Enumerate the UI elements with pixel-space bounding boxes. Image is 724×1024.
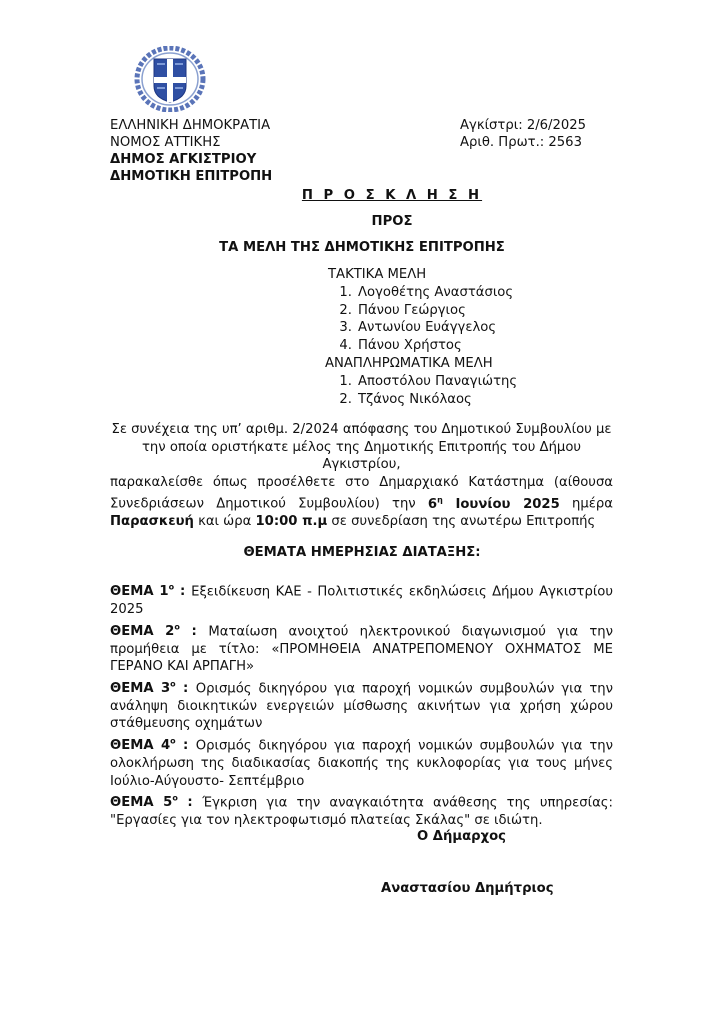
member-item: 4.Πάνου Χρήστος xyxy=(328,337,517,355)
agenda-heading: ΘΕΜΑΤΑ ΗΜΕΡΗΣΙΑΣ ΔΙΑΤΑΞΗΣ: xyxy=(0,545,724,560)
agenda-item: ΘΕΜΑ 1ο : Εξειδίκευση ΚΑΕ - Πολιτιστικές… xyxy=(110,579,613,619)
greek-coat-of-arms-icon xyxy=(134,46,206,112)
agenda-item: ΘΕΜΑ 3ο : Ορισμός δικηγόρου για παροχή ν… xyxy=(110,676,613,733)
issuer-line: ΕΛΛΗΝΙΚΗ ΔΗΜΟΚΡΑΤΙΑ xyxy=(110,117,272,134)
place-date: Αγκίστρι: 2/6/2025 xyxy=(460,117,586,134)
agenda-item: ΘΕΜΑ 4ο : Ορισμός δικηγόρου για παροχή ν… xyxy=(110,733,613,790)
paragraph-line: την οποία οριστήκατε μέλος της Δημοτικής… xyxy=(110,439,613,474)
meeting-time: 10:00 π.μ xyxy=(256,514,328,529)
signatory-role: Ο Δήμαρχος xyxy=(417,829,506,844)
reference-block: Αγκίστρι: 2/6/2025 Αριθ. Πρωτ.: 2563 xyxy=(460,117,586,151)
members-list: ΤΑΚΤΙΚΑ ΜΕΛΗ 1.Λογοθέτης Αναστάσιος 2.Πά… xyxy=(328,266,517,408)
issuer-line: ΔΗΜΟΤΙΚΗ ΕΠΙΤΡΟΠΗ xyxy=(110,168,272,185)
alternate-members-heading: ΑΝΑΠΛΗΡΩΜΑΤΙΚΑ ΜΕΛΗ xyxy=(325,355,517,373)
invitation-paragraph: Σε συνέχεια της υπ’ αριθμ. 2/2024 απόφασ… xyxy=(110,421,613,531)
issuer-line: ΔΗΜΟΣ ΑΓΚΙΣΤΡΙΟΥ xyxy=(110,151,272,168)
protocol-number: Αριθ. Πρωτ.: 2563 xyxy=(460,134,586,151)
agenda-list: ΘΕΜΑ 1ο : Εξειδίκευση ΚΑΕ - Πολιτιστικές… xyxy=(110,579,613,830)
meeting-date: 6η Ιουνίου 2025 xyxy=(428,497,560,512)
paragraph-line: Σε συνέχεια της υπ’ αριθμ. 2/2024 απόφασ… xyxy=(110,421,613,439)
document-title: Π Ρ Ο Σ Κ Λ Η Σ Η xyxy=(0,188,724,203)
member-item: 3.Αντωνίου Ευάγγελος xyxy=(328,319,517,337)
to-label: ΠΡΟΣ xyxy=(0,214,724,229)
member-item: 1.Λογοθέτης Αναστάσιος xyxy=(328,284,517,302)
meeting-weekday: Παρασκευή xyxy=(110,514,194,529)
member-item: 2.Τζάνος Νικόλαος xyxy=(328,391,517,409)
member-item: 1.Αποστόλου Παναγιώτης xyxy=(328,373,517,391)
recipients-heading: ΤΑ ΜΕΛΗ ΤΗΣ ΔΗΜΟΤΙΚΗΣ ΕΠΙΤΡΟΠΗΣ xyxy=(0,240,724,255)
issuer-block: ΕΛΛΗΝΙΚΗ ΔΗΜΟΚΡΑΤΙΑ ΝΟΜΟΣ ΑΤΤΙΚΗΣ ΔΗΜΟΣ … xyxy=(110,117,272,185)
agenda-item: ΘΕΜΑ 2ο : Ματαίωση ανοιχτού ηλεκτρονικού… xyxy=(110,619,613,676)
issuer-line: ΝΟΜΟΣ ΑΤΤΙΚΗΣ xyxy=(110,134,272,151)
agenda-item: ΘΕΜΑ 5ο : Έγκριση για την αναγκαιότητα α… xyxy=(110,790,613,830)
regular-members-heading: ΤΑΚΤΙΚΑ ΜΕΛΗ xyxy=(328,266,517,284)
member-item: 2.Πάνου Γεώργιος xyxy=(328,302,517,320)
signatory-name: Αναστασίου Δημήτριος xyxy=(381,881,554,896)
